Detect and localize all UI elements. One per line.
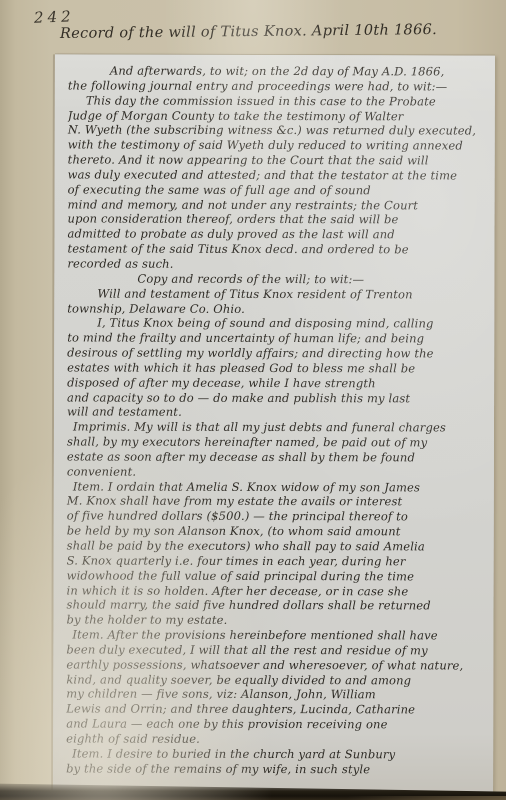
text-line: shall be paid by the executors) who shal… [67, 538, 489, 554]
page-number: 242 [34, 7, 75, 26]
text-line: by the side of the remains of my wife, i… [66, 761, 488, 777]
text-line: of five hundred dollars ($500.) — the pr… [67, 509, 489, 525]
text-line: recorded as such. [67, 256, 489, 272]
will-record-sheet: And afterwards, to wit; on the 2d day of… [53, 54, 495, 792]
text-line: Lewis and Orrin; and three daughters, Lu… [66, 702, 488, 718]
text-line: thereto. And it now appearing to the Cou… [68, 153, 490, 169]
ledger-page: 242 Record of the will of Titus Knox. Ap… [0, 0, 506, 800]
text-line: upon consideration thereof, orders that … [68, 212, 490, 228]
text-line: my children — five sons, viz: Alanson, J… [66, 687, 488, 703]
text-line: Item. I ordain that Amelia S. Knox widow… [67, 479, 489, 495]
text-line: be held by my son Alanson Knox, (to whom… [67, 524, 489, 540]
text-line: earthly possessions, whatsoever and wher… [66, 657, 488, 673]
text-line: Item. I desire to buried in the church y… [66, 746, 488, 762]
book-edge-highlight [346, 796, 506, 800]
text-line: to mind the frailty and uncertainty of h… [67, 331, 489, 347]
text-line: Judge of Morgan County to take the testi… [68, 108, 490, 124]
text-line: disposed of after my decease, while I ha… [67, 375, 489, 391]
text-line: with the testimony of said Wyeth duly re… [68, 138, 490, 154]
text-line: Copy and records of the will; to wit:— [67, 271, 489, 287]
text-line: Item. After the provisions hereinbefore … [66, 628, 488, 644]
page-title: Record of the will of Titus Knox. April … [60, 22, 437, 42]
text-line: estates with which it has pleased God to… [67, 360, 489, 376]
text-line: desirous of settling my worldly affairs;… [67, 345, 489, 361]
text-line: of executing the same was of full age an… [68, 182, 490, 198]
text-line: Will and testament of Titus Knox residen… [67, 286, 489, 302]
text-line: estate as soon after my decease as shall… [67, 449, 489, 465]
text-line: will and testament. [67, 405, 489, 421]
text-line: convenient. [67, 464, 489, 480]
text-line: and Laura — each one by this provision r… [66, 717, 488, 733]
text-line: admitted to probate as duly proved as th… [67, 227, 489, 243]
text-line: by the holder to my estate. [66, 613, 488, 629]
will-text: And afterwards, to wit; on the 2d day of… [66, 63, 490, 777]
text-line: widowhood the full value of said princip… [67, 568, 489, 584]
text-line: in which it is so holden. After her dece… [67, 583, 489, 599]
text-line: mind and memory, and not under any restr… [68, 197, 490, 213]
text-line: the following journal entry and proceedi… [68, 78, 490, 94]
text-line: Imprimis. My will is that all my just de… [67, 420, 489, 436]
text-line: testament of the said Titus Knox decd. a… [67, 242, 489, 258]
text-line: shall, by my executors hereinafter named… [67, 435, 489, 451]
text-line: And afterwards, to wit; on the 2d day of… [68, 63, 490, 79]
text-line: was duly executed and attested; and that… [68, 167, 490, 183]
text-line: I, Titus Knox being of sound and disposi… [67, 316, 489, 332]
text-line: and capacity so to do — do make and publ… [67, 390, 489, 406]
text-line: been duly executed, I will that all the … [66, 642, 488, 658]
text-line: This day the commission issued in this c… [68, 93, 490, 109]
text-line: M. Knox shall have from my estate the av… [67, 494, 489, 510]
text-line: eighth of said residue. [66, 731, 488, 747]
text-line: S. Knox quarterly i.e. four times in eac… [67, 553, 489, 569]
text-line: township, Delaware Co. Ohio. [67, 301, 489, 317]
text-line: kind, and quality soever, be equally div… [66, 672, 488, 688]
text-line: N. Wyeth (the subscribing witness &c.) w… [68, 123, 490, 139]
text-line: should marry, the said five hundred doll… [67, 598, 489, 614]
